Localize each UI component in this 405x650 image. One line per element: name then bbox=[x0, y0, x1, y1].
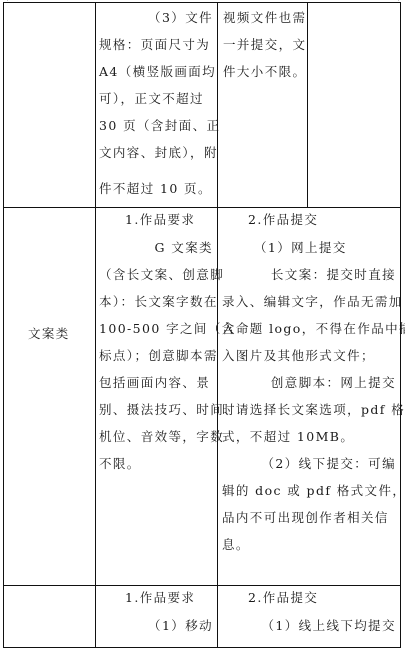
crop-mark-top-right bbox=[398, 0, 405, 1]
text-line: （2）线下提交：可编 bbox=[222, 456, 396, 472]
text-line: A4（横竖版画面均 bbox=[99, 64, 216, 80]
text-line: 时请选择长文案选项，pdf 格 bbox=[222, 402, 405, 418]
text-line: 式，不超过 10MB。 bbox=[222, 429, 354, 445]
text-line: 可），正文不超过 bbox=[99, 91, 204, 107]
text-line: G 文案类 bbox=[99, 240, 213, 256]
text-line: 件不超过 10 页。 bbox=[99, 181, 212, 197]
submission-heading: 2.作品提交 bbox=[248, 590, 318, 606]
text-line: （1）网上提交 bbox=[254, 240, 347, 256]
row-divider-2 bbox=[3, 585, 401, 586]
table-border-bottom bbox=[3, 647, 401, 648]
text-line: 规格：页面尺寸为 bbox=[99, 37, 210, 53]
text-line: 长文案：提交时直接 bbox=[222, 267, 396, 283]
text-line: 品内不可出现创作者相关信 bbox=[222, 510, 389, 526]
text-line: （3）文件 bbox=[99, 10, 213, 26]
text-line: 标点）；创意脚本需 bbox=[99, 348, 218, 364]
text-line: 创意脚本：网上提交 bbox=[222, 375, 396, 391]
text-line: 机位、音效等，字数 bbox=[99, 429, 224, 445]
text-line: 30 页（含封面、正 bbox=[99, 118, 220, 134]
table-divider-col1 bbox=[95, 2, 96, 648]
text-line: 入图片及其他形式文件； bbox=[222, 348, 375, 364]
table-divider-col3 bbox=[307, 2, 308, 208]
row-divider-1 bbox=[3, 207, 401, 208]
text-line: 视频文件也需 bbox=[223, 10, 306, 26]
text-line: 辑的 doc 或 pdf 格式文件，作 bbox=[222, 483, 405, 499]
text-line: 本）：长文案字数在 bbox=[99, 294, 218, 310]
table-border-left bbox=[3, 2, 4, 648]
text-line: 件大小不限。 bbox=[223, 64, 306, 80]
requirements-heading: 1.作品要求 bbox=[125, 590, 195, 606]
text-line: 不限。 bbox=[99, 456, 141, 472]
text-line: 别、摄法技巧、时间、 bbox=[99, 402, 238, 418]
text-line: 入命题 logo，不得在作品中插 bbox=[222, 321, 405, 337]
crop-mark-top-left bbox=[0, 0, 8, 1]
text-line: 息。 bbox=[222, 537, 250, 553]
text-line: 一并提交，文 bbox=[223, 37, 306, 53]
text-line: 包括画面内容、景 bbox=[99, 375, 210, 391]
text-line: （1）线上线下均提交 bbox=[222, 618, 396, 634]
text-line: （1）移动 bbox=[99, 618, 213, 634]
table-border-top bbox=[3, 2, 401, 3]
requirements-heading: 1.作品要求 bbox=[125, 212, 195, 228]
text-line: 文内容、封底），附 bbox=[99, 145, 218, 161]
text-line: 录入、编辑文字，作品无需加 bbox=[222, 294, 403, 310]
text-line: （含长文案、创意脚 bbox=[99, 267, 224, 283]
submission-heading: 2.作品提交 bbox=[248, 212, 318, 228]
category-text: 文案类 bbox=[28, 326, 70, 342]
text-line: 100-500 字之间（含 bbox=[99, 321, 236, 337]
